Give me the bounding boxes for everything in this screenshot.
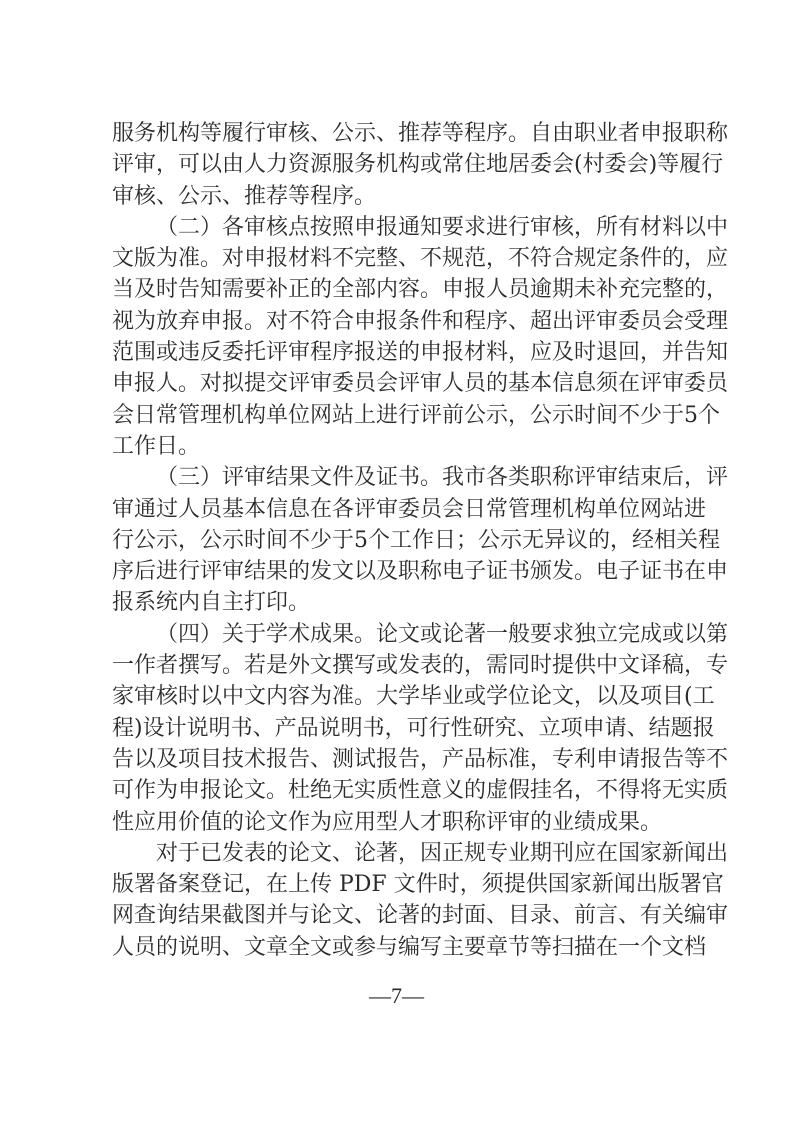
text-line: 程)设计说明书、产品说明书，可行性研究、立项申请、结题报 — [112, 713, 700, 744]
paragraph-published-works: 对于已发表的论文、论著，因正规专业期刊应在国家新闻出 版署备案登记，在上传 PD… — [112, 838, 700, 963]
text-line: 人员的说明、文章全文或参与编写主要章节等扫描在一个文档 — [112, 932, 700, 963]
text-line: 家审核时以中文内容为准。大学毕业或学位论文，以及项目(工 — [112, 681, 700, 712]
text-line: 告以及项目技术报告、测试报告，产品标准，专利申请报告等不 — [112, 744, 700, 775]
text-line: 会日常管理机构单位网站上进行评前公示，公示时间不少于5个 — [112, 400, 700, 431]
text-line: 当及时告知需要补正的全部内容。申报人员逾期未补充完整的， — [112, 274, 700, 305]
text-line: 视为放弃申报。对不符合申报条件和程序、超出评审委员会受理 — [112, 306, 700, 337]
paragraph-continued: 服务机构等履行审核、公示、推荐等程序。自由职业者申报职称 评审，可以由人力资源服… — [112, 118, 700, 212]
text-line: 报系统内自主打印。 — [112, 587, 700, 618]
text-line: 文版为准。对申报材料不完整、不规范，不符合规定条件的，应 — [112, 243, 700, 274]
text-line: 一作者撰写。若是外文撰写或发表的，需同时提供中文译稿，专 — [112, 650, 700, 681]
document-page: 服务机构等履行审核、公示、推荐等程序。自由职业者申报职称 评审，可以由人力资源服… — [0, 0, 793, 1121]
text-line: 网查询结果截图并与论文、论著的封面、目录、前言、有关编审 — [112, 900, 700, 931]
text-line: 申报人。对拟提交评审委员会评审人员的基本信息须在评审委员 — [112, 368, 700, 399]
page-number: —7— — [0, 982, 793, 1010]
text-line: 审通过人员基本信息在各评审委员会日常管理机构单位网站进 — [112, 494, 700, 525]
document-body: 服务机构等履行审核、公示、推荐等程序。自由职业者申报职称 评审，可以由人力资源服… — [112, 118, 700, 963]
section-heading-line: （三）评审结果文件及证书。我市各类职称评审结束后，评 — [112, 462, 700, 493]
text-line: 范围或违反委托评审程序报送的申报材料，应及时退回，并告知 — [112, 337, 700, 368]
section-heading-line: （二）各审核点按照申报通知要求进行审核，所有材料以中 — [112, 212, 700, 243]
text-line: 行公示，公示时间不少于5个工作日；公示无异议的，经相关程 — [112, 525, 700, 556]
paragraph-section-4: （四）关于学术成果。论文或论著一般要求独立完成或以第 一作者撰写。若是外文撰写或… — [112, 619, 700, 838]
paragraph-section-3: （三）评审结果文件及证书。我市各类职称评审结束后，评 审通过人员基本信息在各评审… — [112, 462, 700, 618]
text-line: 版署备案登记，在上传 PDF 文件时，须提供国家新闻出版署官 — [112, 869, 700, 900]
text-line: 评审，可以由人力资源服务机构或常住地居委会(村委会)等履行 — [112, 149, 700, 180]
paragraph-section-2: （二）各审核点按照申报通知要求进行审核，所有材料以中 文版为准。对申报材料不完整… — [112, 212, 700, 462]
text-line: 可作为申报论文。杜绝无实质性意义的虚假挂名，不得将无实质 — [112, 775, 700, 806]
text-line: 服务机构等履行审核、公示、推荐等程序。自由职业者申报职称 — [112, 118, 700, 149]
text-line: 序后进行评审结果的发文以及职称电子证书颁发。电子证书在申 — [112, 556, 700, 587]
text-line: 审核、公示、推荐等程序。 — [112, 181, 700, 212]
text-line: 工作日。 — [112, 431, 700, 462]
section-heading-line: （四）关于学术成果。论文或论著一般要求独立完成或以第 — [112, 619, 700, 650]
text-line: 对于已发表的论文、论著，因正规专业期刊应在国家新闻出 — [112, 838, 700, 869]
text-line: 性应用价值的论文作为应用型人才职称评审的业绩成果。 — [112, 807, 700, 838]
